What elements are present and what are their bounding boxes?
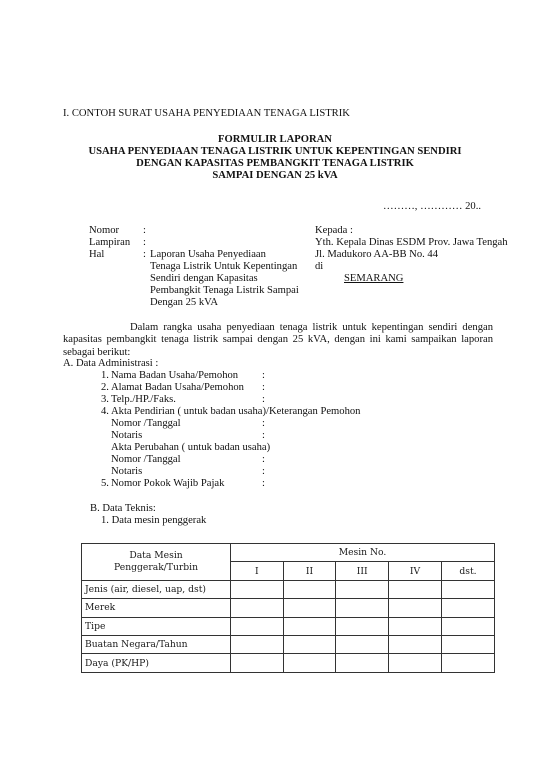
table-body: Jenis (air, diesel, uap, dst)MerekTipeBu…	[82, 580, 495, 672]
table-cell[interactable]	[231, 635, 284, 653]
hal-colon: :	[143, 249, 146, 261]
table-cell[interactable]	[336, 635, 389, 653]
recipient-city: SEMARANG	[344, 273, 403, 285]
table-header-line-1: Data Mesin	[129, 550, 182, 561]
engine-data-table: Data Mesin Penggerak/Turbin Mesin No. II…	[81, 543, 495, 673]
hal-line-5: Dengan 25 kVA	[150, 297, 218, 309]
table-row: Tipe	[82, 617, 495, 635]
hal-line-1: Laporan Usaha Penyediaan	[150, 249, 266, 261]
table-cell[interactable]	[231, 654, 284, 672]
lampiran-label: Lampiran	[89, 237, 130, 249]
table-cell[interactable]	[389, 617, 442, 635]
table-cell[interactable]	[441, 635, 494, 653]
table-column-header: II	[283, 562, 336, 580]
admin-item-label: Akta Perubahan ( untuk badan usaha)	[111, 442, 270, 454]
date-line: ………, ………… 20..	[383, 201, 481, 213]
table-cell[interactable]	[441, 599, 494, 617]
section-b-item-1: 1. Data mesin penggerak	[101, 515, 206, 527]
admin-item-number: 1.	[101, 370, 109, 382]
table-cell[interactable]	[441, 580, 494, 598]
admin-item-label: Nama Badan Usaha/Pemohon	[111, 370, 238, 382]
admin-item-label: Telp./HP./Faks.	[111, 394, 176, 406]
table-cell[interactable]	[283, 580, 336, 598]
admin-item-label: Notaris	[111, 430, 142, 442]
table-row: Daya (PK/HP)	[82, 654, 495, 672]
hal-line-3: Sendiri dengan Kapasitas	[150, 273, 258, 285]
table-row: Buatan Negara/Tahun	[82, 635, 495, 653]
admin-item-colon: :	[262, 466, 265, 478]
table-cell[interactable]	[283, 635, 336, 653]
admin-item-colon: :	[262, 382, 265, 394]
admin-item-number: 5.	[101, 478, 109, 490]
admin-item-label: Akta Pendirian ( untuk badan usaha)/Kete…	[111, 406, 360, 418]
table-cell[interactable]	[231, 617, 284, 635]
table-row-label: Tipe	[82, 617, 231, 635]
hal-line-2: Tenaga Listrik Untuk Kepentingan	[150, 261, 297, 273]
table-cell[interactable]	[283, 654, 336, 672]
table-cell[interactable]	[231, 580, 284, 598]
table-row-label: Daya (PK/HP)	[82, 654, 231, 672]
intro-paragraph-text: Dalam rangka usaha penyediaan tenaga lis…	[63, 322, 493, 358]
form-title-line-3: DENGAN KAPASITAS PEMBANGKIT TENAGA LISTR…	[0, 158, 550, 169]
table-cell[interactable]	[389, 654, 442, 672]
table-cell[interactable]	[336, 599, 389, 617]
kepada-label: Kepada :	[315, 225, 353, 237]
table-cell[interactable]	[441, 654, 494, 672]
table-cell[interactable]	[231, 599, 284, 617]
form-title-line-4: SAMPAI DENGAN 25 kVA	[0, 170, 550, 181]
table-cell[interactable]	[283, 599, 336, 617]
recipient-di: di	[315, 261, 323, 273]
section-heading: I. CONTOH SURAT USAHA PENYEDIAAN TENAGA …	[63, 108, 350, 120]
section-b-heading: B. Data Teknis:	[90, 503, 156, 515]
nomor-label: Nomor	[89, 225, 119, 237]
hal-line-4: Pembangkit Tenaga Listrik Sampai	[150, 285, 299, 297]
table-row-label: Merek	[82, 599, 231, 617]
admin-item-label: Nomor /Tanggal	[111, 418, 181, 430]
table-cell[interactable]	[336, 617, 389, 635]
admin-item-number: 4.	[101, 406, 109, 418]
table-cell[interactable]	[441, 617, 494, 635]
table-cell[interactable]	[336, 654, 389, 672]
admin-item-number: 2.	[101, 382, 109, 394]
table-cell[interactable]	[283, 617, 336, 635]
table-row-label: Jenis (air, diesel, uap, dst)	[82, 580, 231, 598]
form-title-line-2: USAHA PENYEDIAAN TENAGA LISTRIK UNTUK KE…	[0, 146, 550, 157]
admin-item-colon: :	[262, 418, 265, 430]
lampiran-colon: :	[143, 237, 146, 249]
recipient-line-1: Yth. Kepala Dinas ESDM Prov. Jawa Tengah	[315, 237, 508, 249]
admin-item-label: Alamat Badan Usaha/Pemohon	[111, 382, 244, 394]
intro-paragraph: Dalam rangka usaha penyediaan tenaga lis…	[63, 322, 493, 359]
table-column-header: dst.	[441, 562, 494, 580]
recipient-address: Jl. Madukoro AA-BB No. 44	[315, 249, 438, 261]
nomor-colon: :	[143, 225, 146, 237]
form-title-line-1: FORMULIR LAPORAN	[0, 134, 550, 145]
table-column-header: III	[336, 562, 389, 580]
section-a-heading: A. Data Administrasi :	[63, 358, 158, 370]
admin-item-colon: :	[262, 478, 265, 490]
table-header-engine-no: Mesin No.	[231, 544, 495, 562]
table-cell[interactable]	[389, 599, 442, 617]
admin-item-colon: :	[262, 454, 265, 466]
hal-label: Hal	[89, 249, 104, 261]
table-cell[interactable]	[336, 580, 389, 598]
table-row-label: Buatan Negara/Tahun	[82, 635, 231, 653]
table-cell[interactable]	[389, 635, 442, 653]
admin-item-colon: :	[262, 430, 265, 442]
admin-item-colon: :	[262, 370, 265, 382]
table-row: Jenis (air, diesel, uap, dst)	[82, 580, 495, 598]
table-cell[interactable]	[389, 580, 442, 598]
table-row: Merek	[82, 599, 495, 617]
admin-item-label: Notaris	[111, 466, 142, 478]
table-header-line-2: Penggerak/Turbin	[114, 562, 198, 573]
admin-item-label: Nomor Pokok Wajib Pajak	[111, 478, 224, 490]
table-header-engine-data: Data Mesin Penggerak/Turbin	[82, 544, 231, 581]
table-column-header: IV	[389, 562, 442, 580]
table-column-header: I	[231, 562, 284, 580]
admin-item-number: 3.	[101, 394, 109, 406]
admin-item-label: Nomor /Tanggal	[111, 454, 181, 466]
admin-item-colon: :	[262, 394, 265, 406]
